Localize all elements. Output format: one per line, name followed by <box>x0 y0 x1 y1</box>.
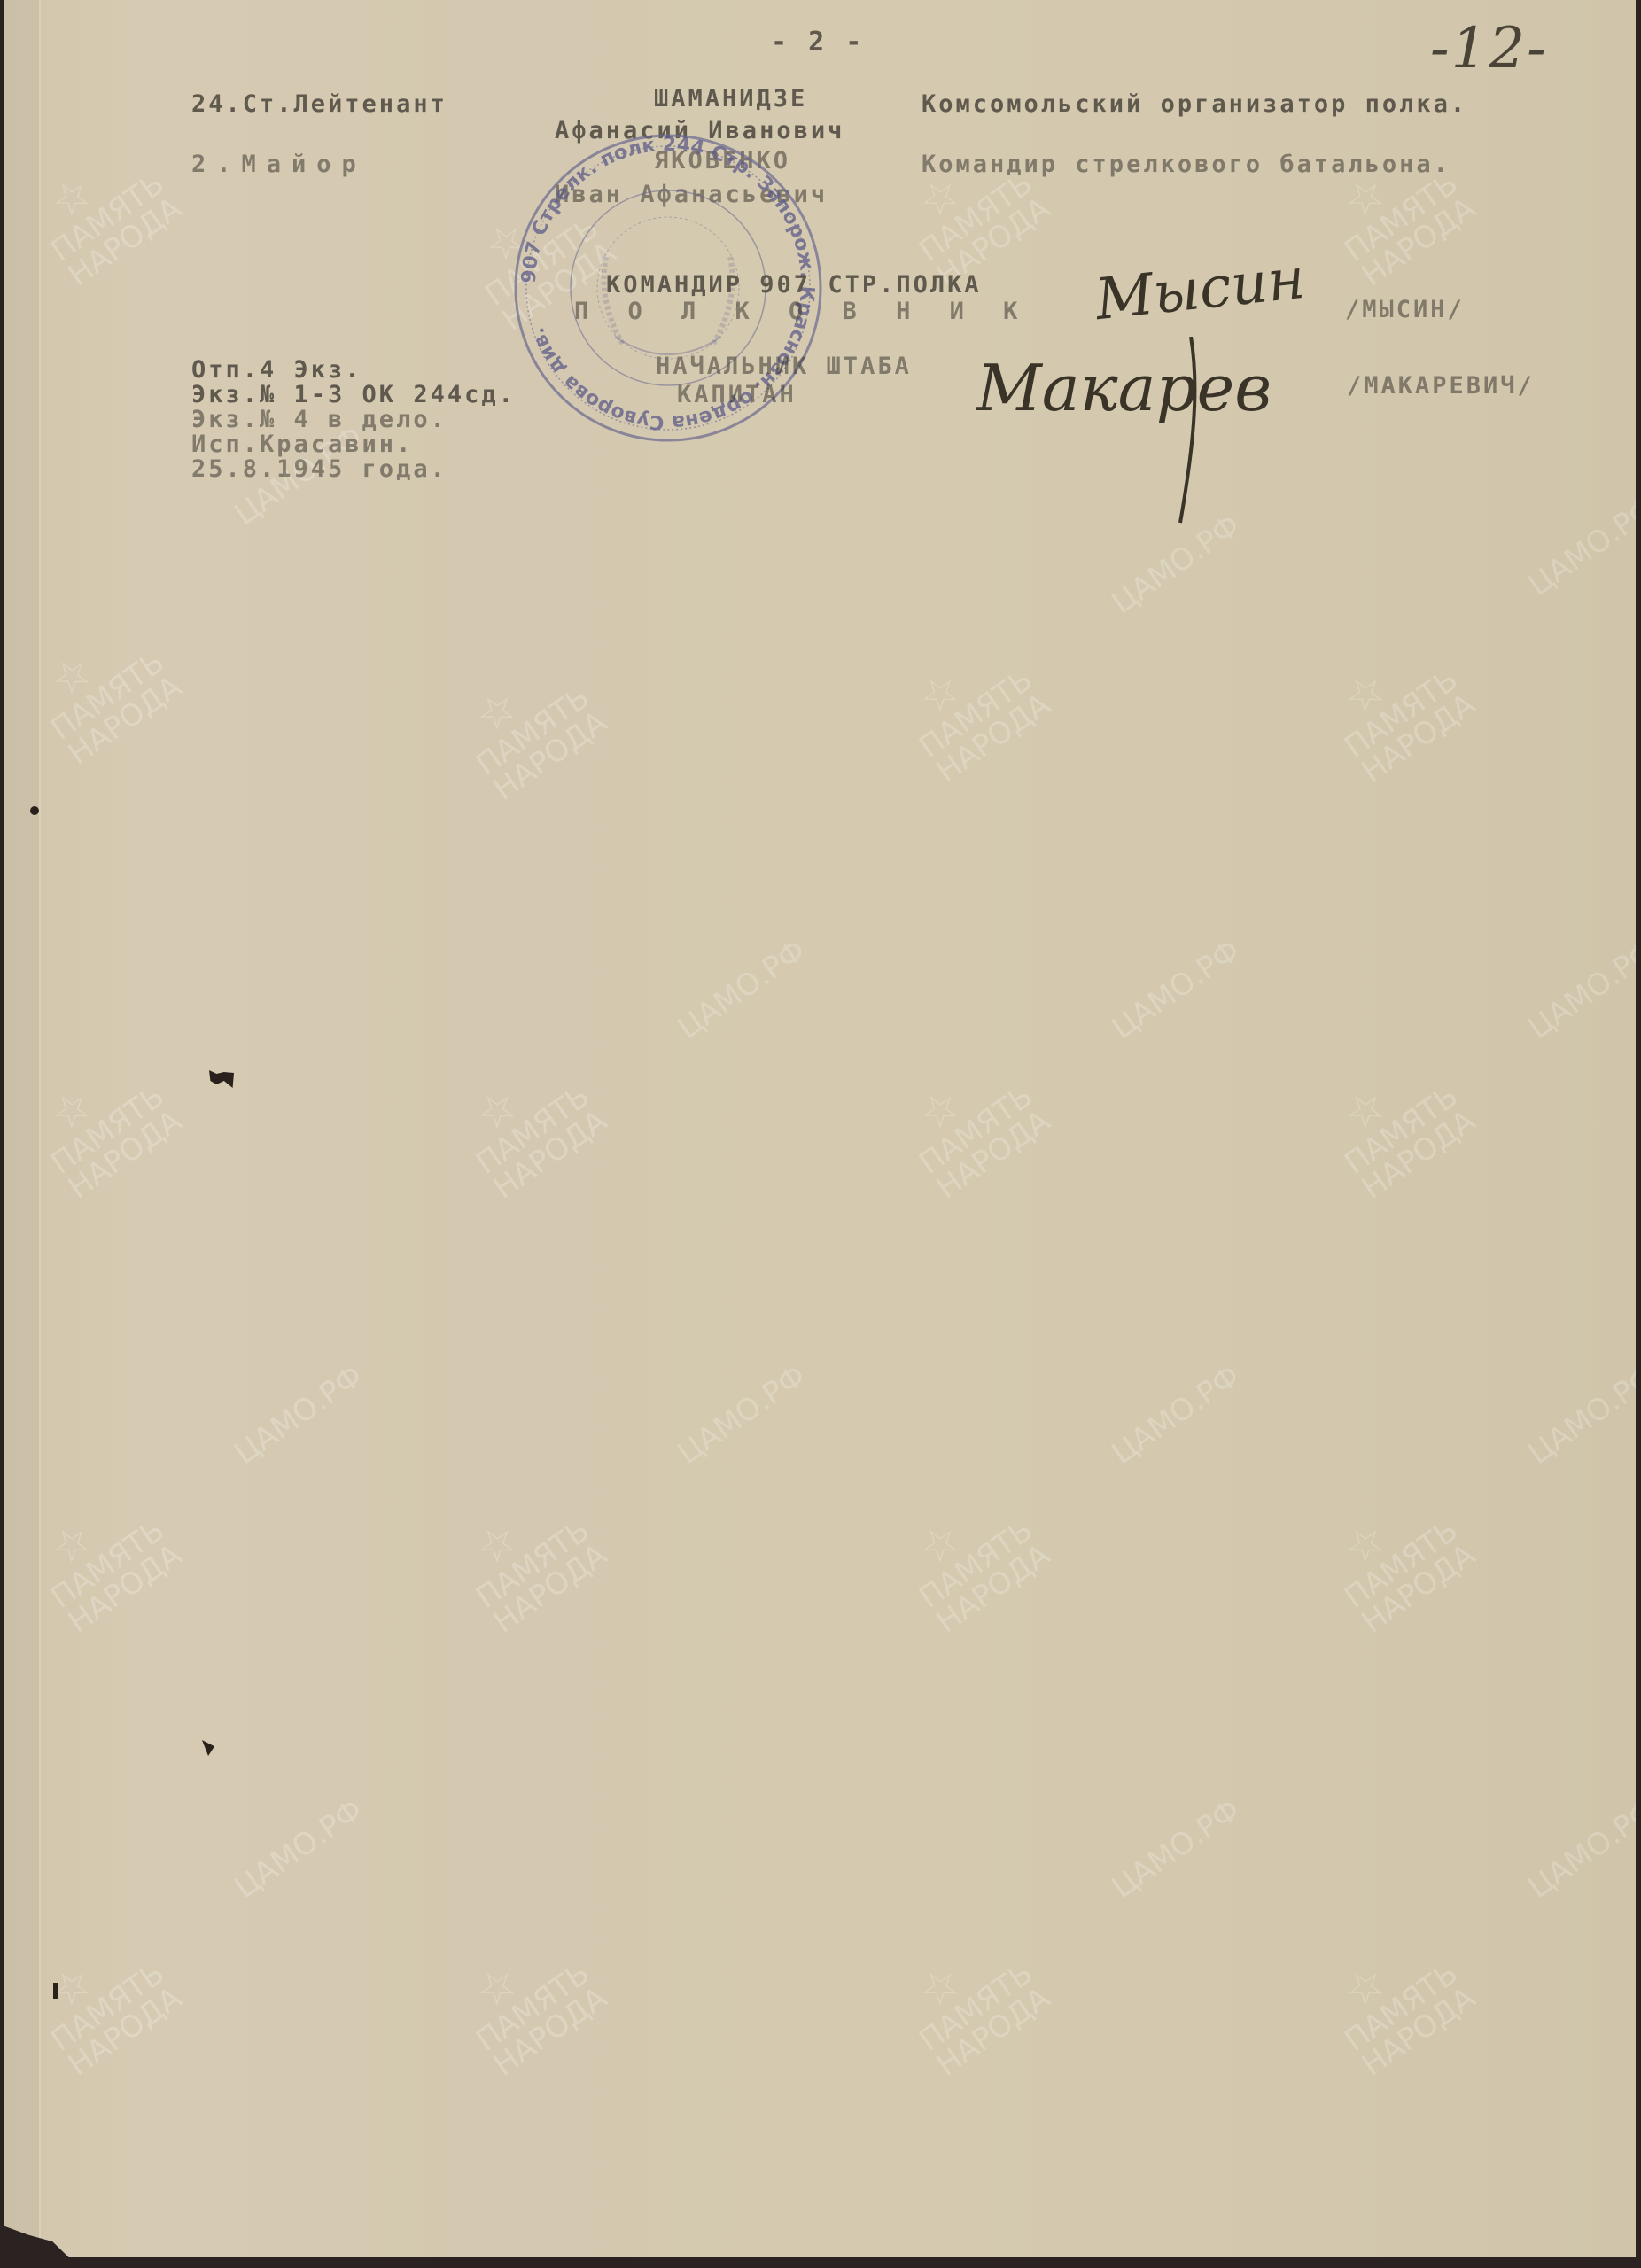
watermark: ☆ПАМЯТЬНАРОДА <box>20 1045 186 1204</box>
chief-name: /МАКАРЕВИЧ/ <box>1347 372 1535 400</box>
punch-hole <box>53 1983 58 1999</box>
entry-position: Комсомольский организатор полка. <box>922 90 1467 118</box>
watermark: ☆ПАМЯТЬНАРОДА <box>889 1922 1054 2081</box>
punch-hole <box>209 1070 234 1088</box>
watermark: ☆ПАМЯТЬНАРОДА <box>1314 628 1480 788</box>
watermark: ЦАМО.РФ <box>1107 935 1245 1044</box>
distribution-line: Исп.Красавин. <box>191 431 413 458</box>
watermark: ЦАМО.РФ <box>673 935 811 1044</box>
watermark: ЦАМО.РФ <box>1107 1794 1245 1903</box>
watermark: ☆ПАМЯТЬНАРОДА <box>889 1479 1054 1638</box>
punch-hole <box>30 806 39 815</box>
chief-title: НАЧАЛЬНИК ШТАБА <box>656 353 912 380</box>
watermark: ☆ПАМЯТЬНАРОДА <box>1314 1045 1480 1204</box>
commander-rank: П О Л К О В Н И К <box>574 298 1030 325</box>
commander-name: /МЫСИН/ <box>1345 296 1465 323</box>
chief-signature: Макарев <box>976 351 1272 425</box>
distribution-line: Экз.№ 4 в дело. <box>191 406 447 433</box>
watermark: ☆ПАМЯТЬНАРОДА <box>20 610 186 770</box>
watermark: ☆ПАМЯТЬНАРОДА <box>20 1922 186 2081</box>
distribution-line: 25.8.1945 года. <box>191 455 447 483</box>
watermark: ЦАМО.РФ <box>1523 1794 1641 1903</box>
entry-rank: 2.Майор <box>191 151 367 178</box>
watermark: ☆ПАМЯТЬНАРОДА <box>20 132 186 291</box>
watermark: ЦАМО.РФ <box>1523 492 1641 601</box>
watermark: ☆ПАМЯТЬНАРОДА <box>889 628 1054 788</box>
commander-signature: Мысин <box>1093 246 1308 333</box>
watermark: ☆ПАМЯТЬНАРОДА <box>446 646 611 805</box>
entry-surname: ШАМАНИДЗЕ <box>654 85 807 113</box>
commander-title: КОМАНДИР 907 СТР.ПОЛКА <box>606 271 982 299</box>
page-marker: - 2 - <box>771 27 864 58</box>
watermark: ☆ПАМЯТЬНАРОДА <box>446 1479 611 1638</box>
document-page: ☆ПАМЯТЬНАРОДА ЦАМО.РФ ☆ПАМЯТЬНАРОДА ☆ПАМ… <box>4 0 1636 2257</box>
distribution-line: Отп.4 Экз. <box>191 356 362 384</box>
watermark: ЦАМО.РФ <box>229 1794 368 1903</box>
signature-stroke <box>1173 337 1226 532</box>
watermark: ☆ПАМЯТЬНАРОДА <box>446 1922 611 2081</box>
watermark: ☆ПАМЯТЬНАРОДА <box>889 1045 1054 1204</box>
distribution-line: Экз.№ 1-3 ОК 244сд. <box>191 381 516 408</box>
watermark: ☆ПАМЯТЬНАРОДА <box>20 1479 186 1638</box>
watermark: ☆ПАМЯТЬНАРОДА <box>1314 1479 1480 1638</box>
watermark: ЦАМО.РФ <box>229 1360 368 1469</box>
watermark: ЦАМО.РФ <box>1107 1360 1245 1469</box>
entry-position: Командир стрелкового батальона. <box>922 151 1450 178</box>
watermark: ЦАМО.РФ <box>673 1360 811 1469</box>
watermark: ☆ПАМЯТЬНАРОДА <box>446 1045 611 1204</box>
watermark: ☆ПАМЯТЬНАРОДА <box>1314 1922 1480 2081</box>
chief-rank: КАПИТАН <box>677 381 797 408</box>
punch-hole <box>202 1740 214 1756</box>
folio-number: -12- <box>1430 16 1548 82</box>
watermark: ЦАМО.РФ <box>1523 935 1641 1044</box>
watermark: ЦАМО.РФ <box>1523 1360 1641 1469</box>
entry-rank: 24.Ст.Лейтенант <box>191 90 447 118</box>
